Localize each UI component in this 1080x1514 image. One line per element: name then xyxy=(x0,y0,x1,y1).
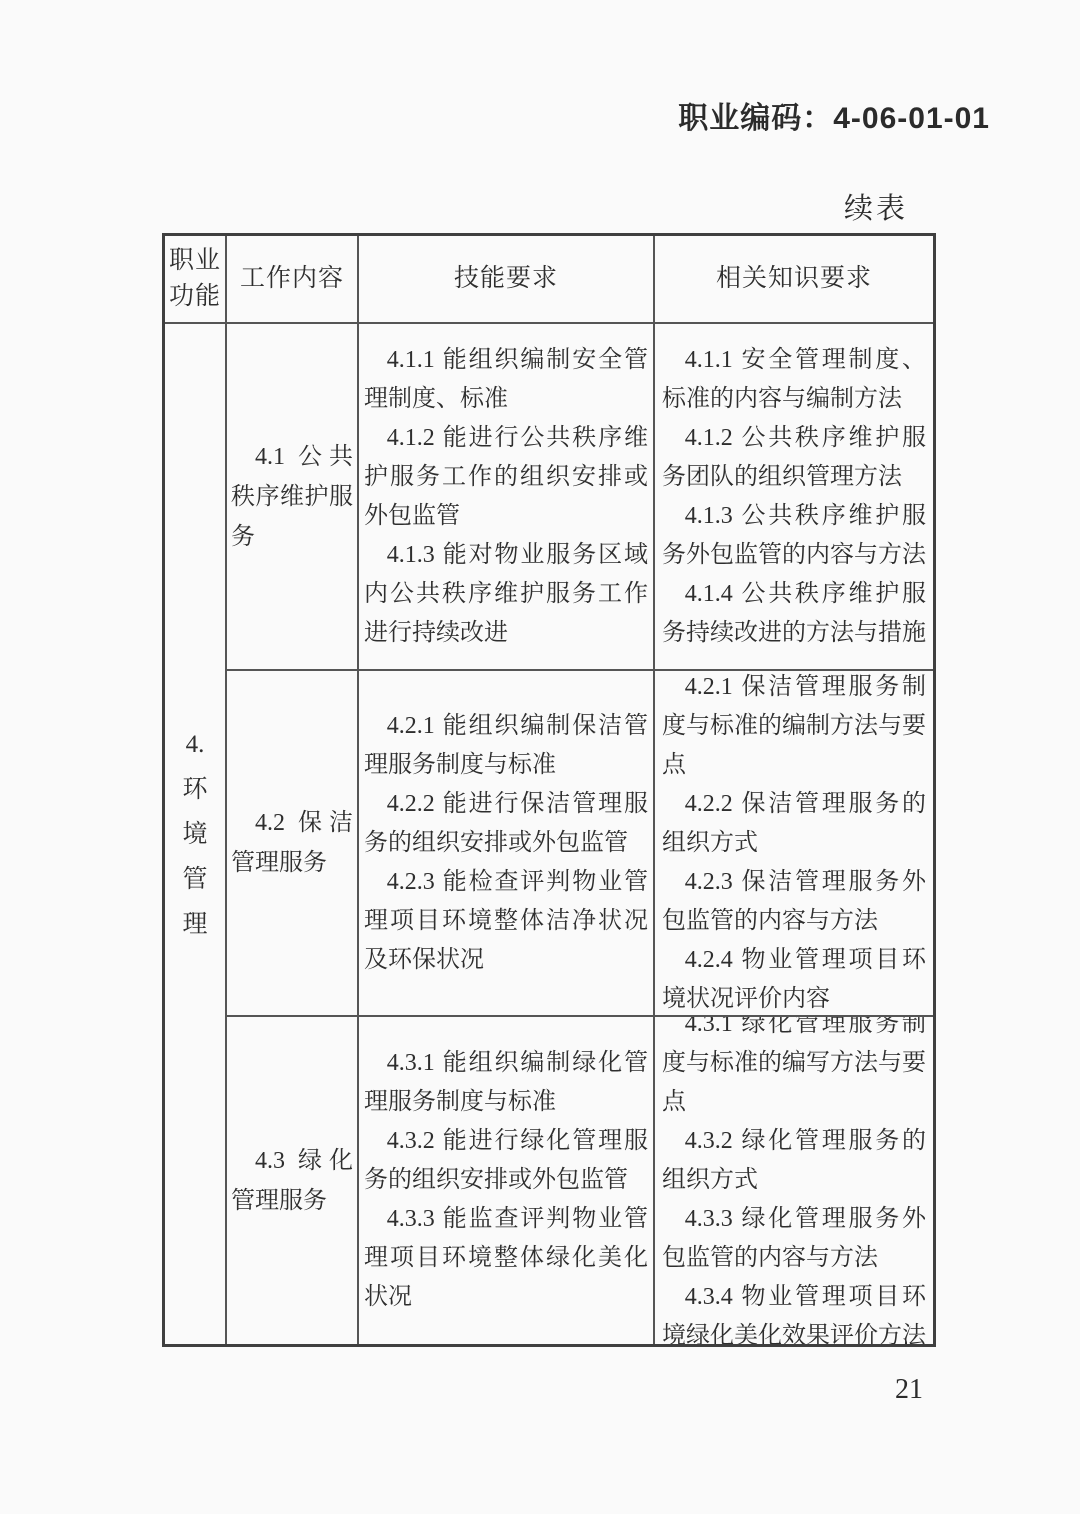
skill-item: 4.2.3 能检查评判物业管理项目环境整体洁净状况及环保状况 xyxy=(364,863,648,980)
continued-table-label: 续表 xyxy=(844,186,908,227)
function-number: 4. xyxy=(186,722,205,767)
skill-item: 4.3.2 能进行绿化管理服务的组织安排或外包监管 xyxy=(364,1122,648,1200)
skill-item: 4.1.1 能组织编制安全管理制度、标准 xyxy=(364,341,648,419)
knowledge-item: 4.1.4 公共秩序维护服务持续改进的方法与措施 xyxy=(662,575,926,653)
skill-item: 4.1.3 能对物业服务区域内公共秩序维护服务工作进行持续改进 xyxy=(364,536,648,653)
knowledge-item: 4.2.4 物业管理项目环境状况评价内容 xyxy=(662,941,926,1018)
knowledge-item: 4.2.1 保洁管理服务制度与标准的编制方法与要点 xyxy=(662,671,926,785)
skill-item: 4.3.3 能监查评判物业管理项目环境整体绿化美化状况 xyxy=(364,1200,648,1317)
work-content-cell: 4.1 公共秩序维护服务 xyxy=(227,324,359,671)
occupation-code-label: 职业编码：4-06-01-01 xyxy=(678,93,990,137)
knowledge-item: 4.3.1 绿化管理服务制度与标准的编写方法与要点 xyxy=(662,1017,926,1122)
function-char: 管 xyxy=(182,857,207,902)
function-char: 境 xyxy=(182,812,207,857)
knowledge-item: 4.1.2 公共秩序维护服务团队的组织管理方法 xyxy=(662,419,926,497)
work-content-cell: 4.2 保洁管理服务 xyxy=(227,671,359,1017)
knowledge-item: 4.1.1 安全管理制度、标准的内容与编制方法 xyxy=(662,341,926,419)
header-occupational-function: 职业功能 xyxy=(165,236,227,324)
knowledge-item: 4.1.3 公共秩序维护服务外包监管的内容与方法 xyxy=(662,497,926,575)
knowledge-item: 4.3.4 物业管理项目环境绿化美化效果评价方法 xyxy=(662,1278,926,1344)
header-skill-requirements: 技能要求 xyxy=(359,236,655,324)
knowledge-item: 4.2.2 保洁管理服务的组织方式 xyxy=(662,785,926,863)
function-char: 理 xyxy=(182,902,207,947)
skill-requirements-cell: 4.1.1 能组织编制安全管理制度、标准 4.1.2 能进行公共秩序维护服务工作… xyxy=(359,324,655,671)
function-cell-environment-management: 4. 环 境 管 理 xyxy=(165,324,227,1344)
skill-item: 4.2.1 能组织编制保洁管理服务制度与标准 xyxy=(364,707,648,785)
work-content-text: 4.3 绿化管理服务 xyxy=(231,1141,353,1221)
skill-requirements-cell: 4.3.1 能组织编制绿化管理服务制度与标准 4.3.2 能进行绿化管理服务的组… xyxy=(359,1017,655,1344)
knowledge-requirements-cell: 4.1.1 安全管理制度、标准的内容与编制方法 4.1.2 公共秩序维护服务团队… xyxy=(655,324,933,671)
header-work-content: 工作内容 xyxy=(227,236,359,324)
knowledge-requirements-cell: 4.2.1 保洁管理服务制度与标准的编制方法与要点 4.2.2 保洁管理服务的组… xyxy=(655,671,933,1017)
knowledge-item: 4.3.3 绿化管理服务外包监管的内容与方法 xyxy=(662,1200,926,1278)
knowledge-item: 4.3.2 绿化管理服务的组织方式 xyxy=(662,1122,926,1200)
skill-item: 4.1.2 能进行公共秩序维护服务工作的组织安排或外包监管 xyxy=(364,419,648,536)
work-content-cell: 4.3 绿化管理服务 xyxy=(227,1017,359,1344)
standard-table: 职业功能 工作内容 技能要求 相关知识要求 4. 环 境 管 理 4.1 公共秩… xyxy=(162,233,936,1347)
header-knowledge-requirements: 相关知识要求 xyxy=(655,236,933,324)
work-content-text: 4.1 公共秩序维护服务 xyxy=(231,437,353,557)
work-content-text: 4.2 保洁管理服务 xyxy=(231,803,353,883)
page-number: 21 xyxy=(895,1374,923,1406)
skill-requirements-cell: 4.2.1 能组织编制保洁管理服务制度与标准 4.2.2 能进行保洁管理服务的组… xyxy=(359,671,655,1017)
function-char: 环 xyxy=(182,767,207,812)
skill-item: 4.2.2 能进行保洁管理服务的组织安排或外包监管 xyxy=(364,785,648,863)
knowledge-requirements-cell: 4.3.1 绿化管理服务制度与标准的编写方法与要点 4.3.2 绿化管理服务的组… xyxy=(655,1017,933,1344)
skill-item: 4.3.1 能组织编制绿化管理服务制度与标准 xyxy=(364,1044,648,1122)
knowledge-item: 4.2.3 保洁管理服务外包监管的内容与方法 xyxy=(662,863,926,941)
